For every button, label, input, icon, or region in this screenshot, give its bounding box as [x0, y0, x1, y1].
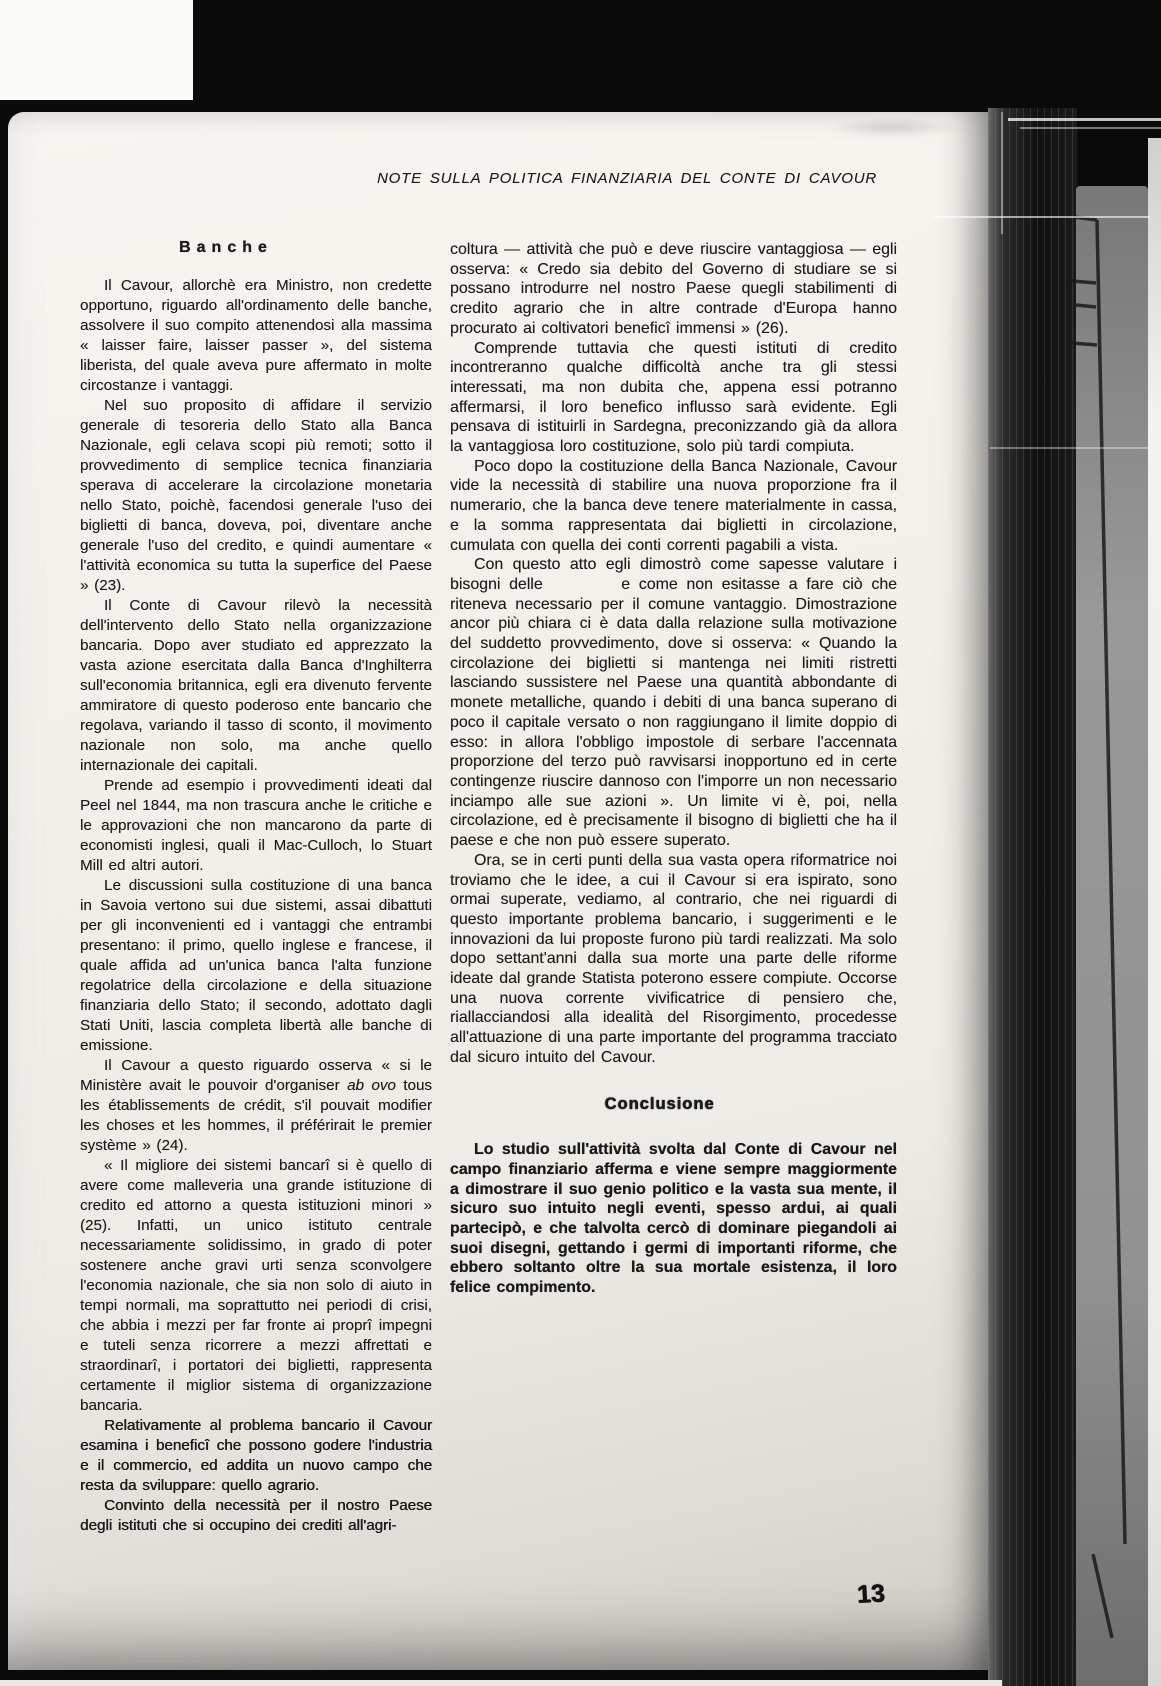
- left-column: Banche Il Cavour, allorchè era Ministro,…: [80, 234, 432, 1536]
- paragraph: Il Cavour, allorchè era Ministro, non cr…: [80, 276, 432, 396]
- paragraph: Il Conte di Cavour rilevò la necessità d…: [80, 596, 432, 776]
- paragraph: « Il migliore dei sistemi bancarî si è q…: [80, 1156, 432, 1416]
- page-edge-highlight: [1001, 112, 1003, 234]
- latin-phrase: ab ovo: [347, 1077, 396, 1094]
- right-column: coltura — attività che può e deve riusci…: [450, 240, 897, 1298]
- photocopied-book-page: { "page": { "header": "NOTE SULLA POLITI…: [0, 0, 1161, 1686]
- page-number: 13: [856, 1579, 885, 1609]
- page-stack-edge: [988, 108, 1077, 1686]
- paragraph: Ora, se in certi punti della sua vasta o…: [450, 851, 897, 1068]
- scan-corner-cutout: [0, 0, 193, 100]
- paragraph: Prende ad esempio i provvedimenti ideati…: [80, 776, 432, 876]
- book-page: NOTE SULLA POLITICA FINANZIARIA DEL CONT…: [8, 112, 990, 1670]
- scratch-line: [990, 447, 1148, 449]
- paragraph: Relativamente al problema bancario il Ca…: [80, 1416, 432, 1496]
- paragraph: Poco dopo la costituzione della Banca Na…: [450, 457, 897, 556]
- paragraph: Comprende tuttavia che questi istituti d…: [450, 339, 897, 457]
- photo-right-margin: [1148, 138, 1161, 1686]
- section-heading-banche: Banche: [50, 238, 402, 258]
- scratch-line: [934, 216, 1150, 218]
- scratch-line: [1008, 118, 1161, 121]
- photo-bottom-margin: [0, 1680, 1002, 1686]
- adjacent-sheet-line-marks: [1066, 186, 1150, 1686]
- paragraph-french-quote: Il Cavour a questo riguardo osserva « si…: [80, 1056, 432, 1156]
- scratch-line: [1020, 127, 1161, 129]
- paragraph: Convinto della necessità per il nostro P…: [80, 1496, 432, 1536]
- paragraph: coltura — attività che può e deve riusci…: [450, 240, 897, 339]
- paragraph: Le discussioni sulla costituzione di una…: [80, 876, 432, 1056]
- section-heading-conclusione: Conclusione: [436, 1095, 883, 1115]
- paragraph: Con questo atto egli dimostrò come sapes…: [450, 555, 897, 851]
- running-header: NOTE SULLA POLITICA FINANZIARIA DEL CONT…: [377, 170, 877, 187]
- paragraph: Nel suo proposito di affidare il servizi…: [80, 396, 432, 596]
- paragraph: Lo studio sull'attività svolta dal Conte…: [450, 1140, 897, 1298]
